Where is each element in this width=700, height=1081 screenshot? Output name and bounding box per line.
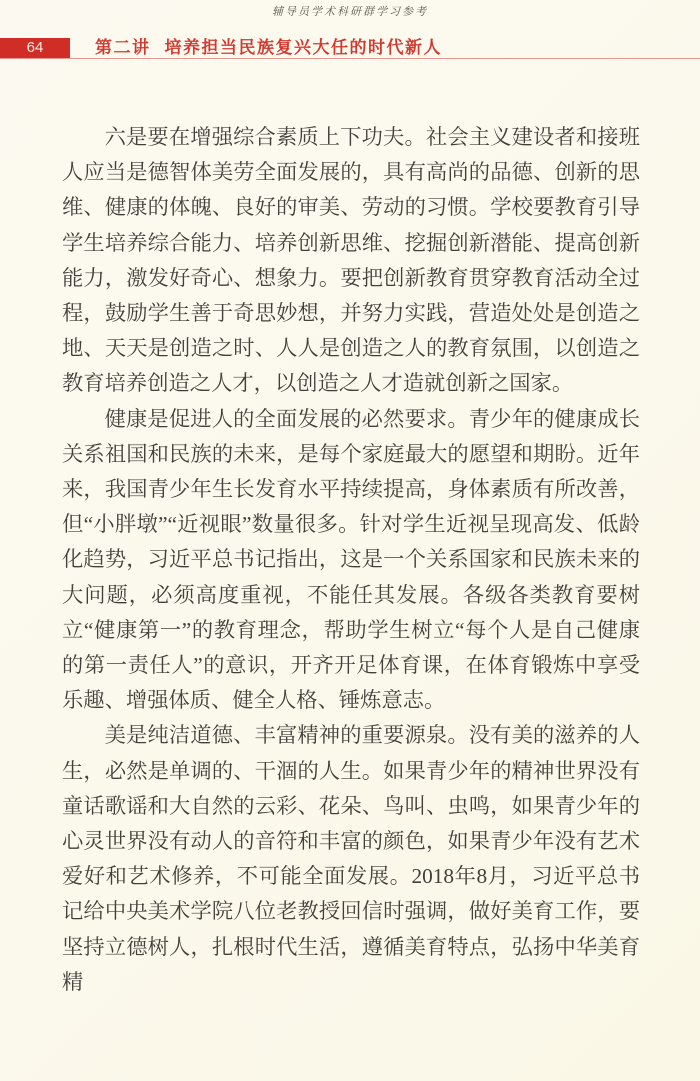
watermark-text: 辅导员学术科研群学习参考: [0, 3, 700, 19]
chapter-title: 培养担当民族复兴大任的时代新人: [165, 38, 443, 57]
paragraph-aesthetics: 美是纯洁道德、丰富精神的重要源泉。没有美的滋养的人生，必然是单调的、干涸的人生。…: [62, 718, 640, 1000]
paragraph-health: 健康是促进人的全面发展的必然要求。青少年的健康成长关系祖国和民族的未来，是每个家…: [62, 402, 640, 719]
header-rule-divider: [0, 58, 700, 59]
page-number-badge: 64: [0, 38, 70, 58]
book-page: 辅导员学术科研群学习参考 64 第二讲培养担当民族复兴大任的时代新人 六是要在增…: [0, 0, 700, 1081]
body-text: 六是要在增强综合素质上下功夫。社会主义建设者和接班人应当是德智体美劳全面发展的，…: [62, 120, 640, 1000]
paragraph-comprehensive-quality: 六是要在增强综合素质上下功夫。社会主义建设者和接班人应当是德智体美劳全面发展的，…: [62, 120, 640, 402]
chapter-heading: 第二讲培养担当民族复兴大任的时代新人: [95, 37, 442, 58]
chapter-label: 第二讲: [95, 38, 151, 57]
